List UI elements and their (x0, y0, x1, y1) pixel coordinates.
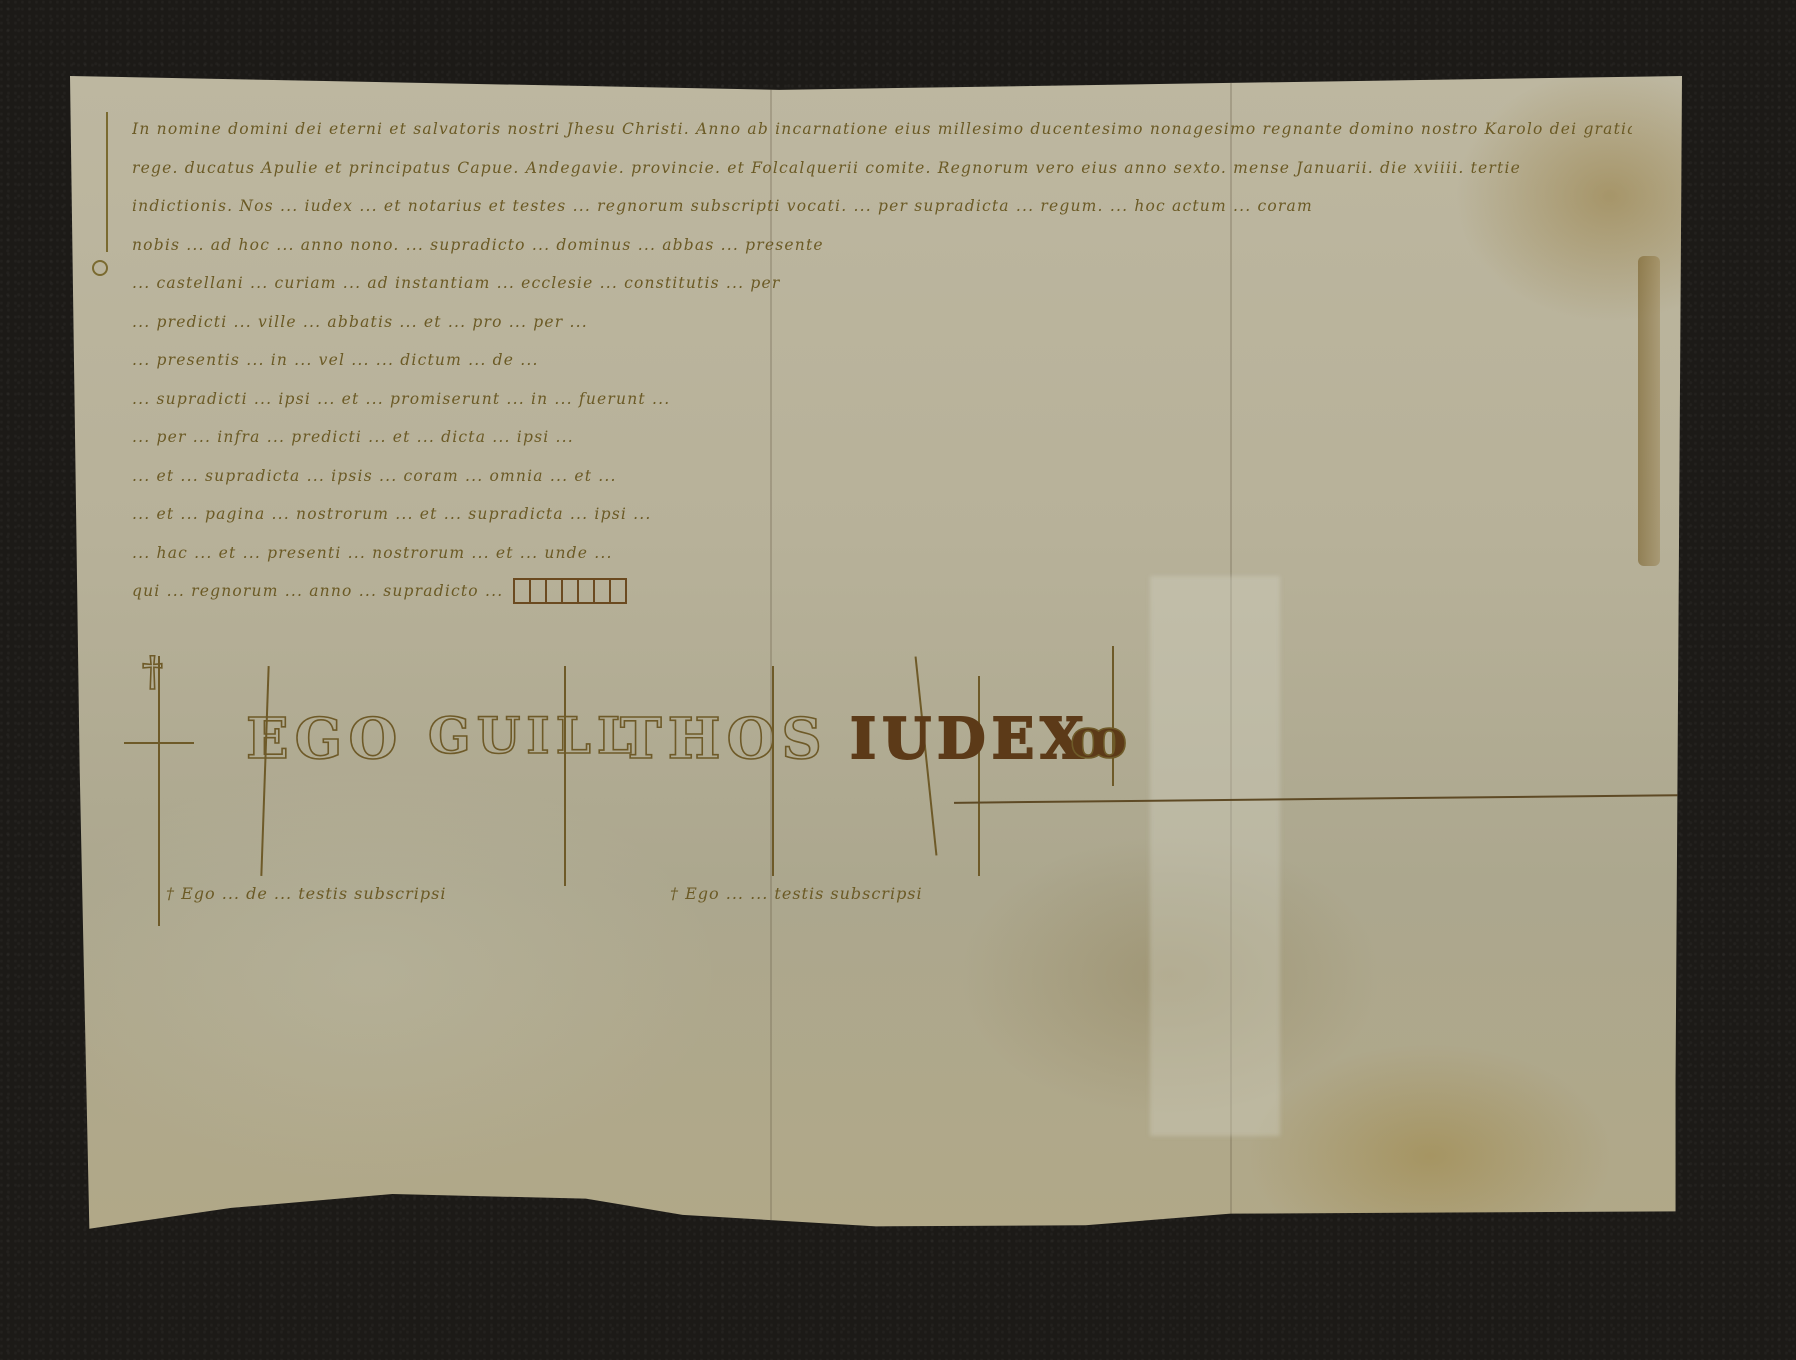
text-line: indictionis. Nos ... iudex ... et notari… (132, 187, 1632, 226)
text-line: nobis ... ad hoc ... anno nono. ... supr… (132, 226, 1632, 265)
text-line: qui ... regnorum ... anno ... supradicto… (132, 572, 503, 610)
parchment-charter: In nomine domini dei eterni et salvatori… (70, 76, 1682, 1231)
text-line: In nomine domini dei eterni et salvatori… (132, 110, 1632, 149)
text-line: ... predicti ... ville ... abbatis ... e… (132, 303, 1632, 342)
signum-judex: IUDEX (850, 706, 1090, 772)
text-line: ... et ... supradicta ... ipsis ... cora… (132, 457, 1632, 496)
dating-line: qui ... regnorum ... anno ... supradicto… (132, 572, 1632, 611)
cross-staff (158, 656, 160, 926)
text-line: ... per ... infra ... predicti ... et ..… (132, 418, 1632, 457)
text-line: ... et ... pagina ... nostrorum ... et .… (132, 495, 1632, 534)
cross-icon: † (142, 648, 169, 695)
signatures-area: † EGO GUILL THOS IUDEX ꝏ † Ego ... de ..… (70, 656, 1682, 906)
ruled-line (954, 794, 1684, 804)
long-ascender (564, 666, 566, 886)
notarial-sign-box (513, 578, 627, 604)
signum-word: THOS (620, 706, 828, 772)
text-line: ... castellani ... curiam ... ad instant… (132, 264, 1632, 303)
subscription-line: † Ego ... de ... testis subscripsi (166, 884, 446, 903)
text-line: ... hac ... et ... presenti ... nostroru… (132, 534, 1632, 573)
monogram: ꝏ (1070, 706, 1133, 770)
text-line: rege. ducatus Apulie et principatus Capu… (132, 149, 1632, 188)
signum-word: EGO (246, 706, 403, 772)
text-line: ... supradicti ... ipsi ... et ... promi… (132, 380, 1632, 419)
text-line: ... presentis ... in ... vel ... ... dic… (132, 341, 1632, 380)
decorated-initial (106, 112, 136, 252)
water-stain (1638, 256, 1660, 566)
cross-bar (124, 742, 194, 744)
charter-text: In nomine domini dei eterni et salvatori… (132, 110, 1632, 611)
subscription-line: † Ego ... ... testis subscripsi (670, 884, 923, 903)
initial-flourish (92, 260, 108, 276)
signum-word: GUILL (428, 706, 638, 765)
